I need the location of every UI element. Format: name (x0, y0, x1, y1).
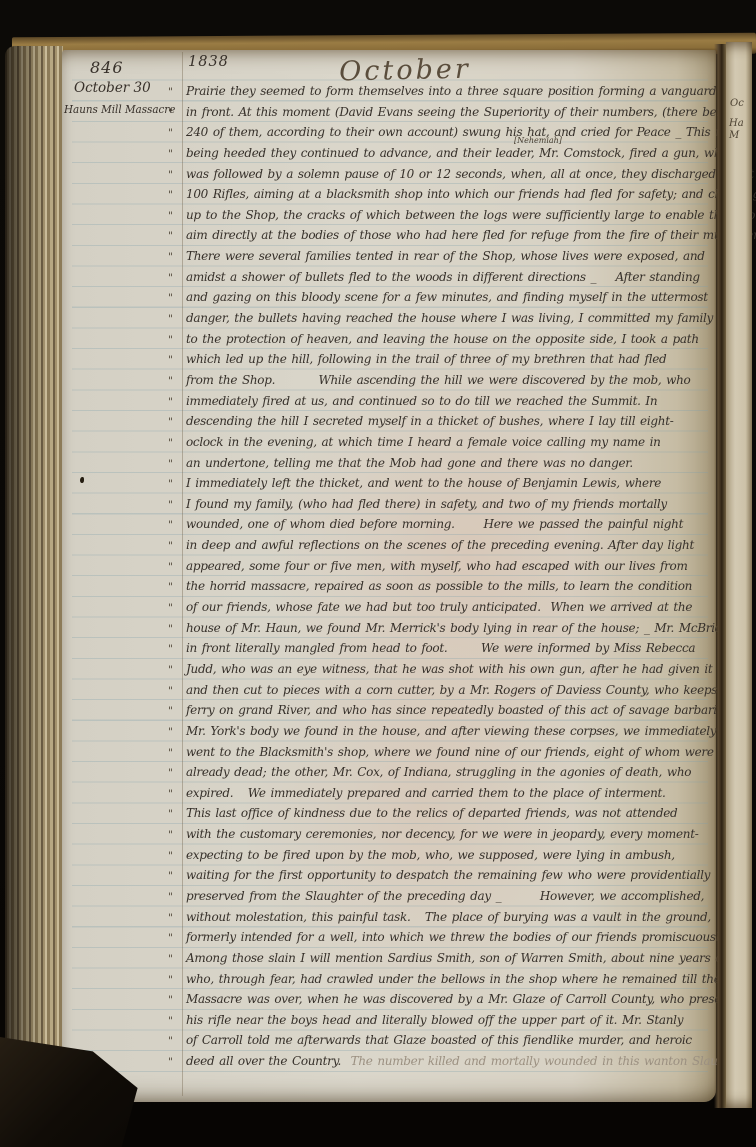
manuscript-line: "There were several families tented in r… (62, 246, 716, 267)
line-text: oclock in the evening, at which time I h… (186, 432, 661, 453)
manuscript-line: "to the protection of heaven, and leavin… (62, 329, 716, 350)
manuscript-line: "ferry on grand River, and who has since… (62, 700, 716, 721)
ditto-mark: " (168, 784, 173, 805)
manuscript-line: "Mr. York's body we found in the house, … (62, 721, 716, 742)
manuscript-line: "Judd, who was an eye witness, that he w… (62, 659, 716, 680)
line-text: danger, the bullets having reached the h… (186, 308, 713, 329)
facing-page-partial-text: M (729, 130, 739, 141)
line-text: expecting to be fired upon by the mob, w… (186, 845, 675, 866)
manuscript-line: "I found my family, (who had fled there)… (62, 494, 716, 515)
line-text: in front literally mangled from head to … (186, 638, 695, 659)
ditto-mark: " (168, 949, 173, 970)
manuscript-line: "expired. We immediately prepared and ca… (62, 783, 716, 804)
manuscript-line: "house of Mr. Haun, we found Mr. Merrick… (62, 618, 716, 639)
line-text: 240 of them, according to their own acco… (186, 122, 734, 143)
line-text: being heeded they continued to advance, … (186, 143, 739, 164)
manuscript-line: "an undertone, telling me that the Mob h… (62, 453, 716, 474)
line-text: from the Shop. While ascending the hill … (186, 370, 690, 391)
manuscript-line: "danger, the bullets having reached the … (62, 308, 716, 329)
manuscript-line: "This last office of kindness due to the… (62, 803, 716, 824)
manuscript-line: "waiting for the first opportunity to de… (62, 865, 716, 886)
manuscript-line: "being heeded they continued to advance,… (62, 143, 716, 164)
line-text: up to the Shop, the cracks of which betw… (186, 205, 755, 226)
line-text: Among those slain I will mention Sardius… (186, 948, 737, 969)
ditto-mark: " (168, 846, 173, 867)
line-text: immediately fired at us, and continued s… (186, 391, 657, 412)
ditto-mark: " (168, 536, 173, 557)
manuscript-line: "his rifle near the boys head and litera… (62, 1010, 716, 1031)
line-text: amidst a shower of bullets fled to the w… (186, 267, 700, 288)
facing-page-partial-text: Ha (729, 118, 744, 129)
line-text: in front. At this moment (David Evans se… (186, 102, 735, 123)
manuscript-photo: 846 1838 October October 30 Hauns Mill M… (0, 0, 756, 1147)
ditto-mark: " (168, 990, 173, 1011)
ditto-mark: " (168, 1052, 173, 1073)
ditto-mark: " (168, 144, 173, 165)
line-text: preserved from the Slaughter of the prec… (186, 886, 704, 907)
ditto-mark: " (168, 557, 173, 578)
manuscript-line: "immediately fired at us, and continued … (62, 391, 716, 412)
line-text: was followed by a solemn pause of 10 or … (186, 164, 754, 185)
facing-page-sliver: Oc Ha M (726, 42, 752, 1108)
ditto-mark: " (168, 206, 173, 227)
ditto-mark: " (168, 743, 173, 764)
manuscript-line: "preserved from the Slaughter of the pre… (62, 886, 716, 907)
manuscript-line: "with the customary ceremonies, nor dece… (62, 824, 716, 845)
manuscript-line: "without molestation, this painful task.… (62, 907, 716, 928)
manuscript-line: "amidst a shower of bullets fled to the … (62, 267, 716, 288)
faint-pencil-text: The number killed and mortally wounded i… (351, 1054, 750, 1068)
ditto-mark: " (168, 309, 173, 330)
line-text: house of Mr. Haun, we found Mr. Merrick'… (186, 618, 738, 639)
line-text: and then cut to pieces with a corn cutte… (186, 680, 729, 701)
ditto-mark: " (168, 970, 173, 991)
manuscript-line: "Among those slain I will mention Sardiu… (62, 948, 716, 969)
line-text: of our friends, whose fate we had but to… (186, 597, 692, 618)
line-text: Judd, who was an eye witness, that he wa… (186, 659, 736, 680)
manuscript-page: 846 1838 October October 30 Hauns Mill M… (62, 50, 716, 1102)
ditto-mark: " (168, 247, 173, 268)
ditto-mark: " (168, 268, 173, 289)
manuscript-line: "I immediately left the thicket, and wen… (62, 473, 716, 494)
line-text: of Carroll told me afterwards that Glaze… (186, 1030, 692, 1051)
interlinear-note: [Nehemiah] (514, 137, 562, 145)
manuscript-line: "in front. At this moment (David Evans s… (62, 102, 716, 123)
manuscript-line: "100 Rifles, aiming at a blacksmith shop… (62, 184, 716, 205)
manuscript-line: "formerly intended for a well, into whic… (62, 927, 716, 948)
ditto-mark: " (168, 619, 173, 640)
manuscript-line: "up to the Shop, the cracks of which bet… (62, 205, 716, 226)
line-text: descending the hill I secreted myself in… (186, 411, 673, 432)
year-heading: 1838 (188, 54, 229, 70)
ditto-mark: " (168, 226, 173, 247)
manuscript-text-block: "Prairie they seemed to form themselves … (62, 81, 716, 1072)
ditto-mark: " (168, 598, 173, 619)
line-text: an undertone, telling me that the Mob ha… (186, 453, 633, 474)
manuscript-line: "already dead; the other, Mr. Cox, of In… (62, 762, 716, 783)
manuscript-line: "Prairie they seemed to form themselves … (62, 81, 716, 102)
line-text: who, through fear, had crawled under the… (186, 969, 721, 990)
manuscript-line: "descending the hill I secreted myself i… (62, 411, 716, 432)
line-text: deed all over the Country. The number ki… (186, 1051, 749, 1072)
line-text: I immediately left the thicket, and went… (186, 473, 661, 494)
ditto-mark: " (168, 1031, 173, 1052)
ditto-mark: " (168, 371, 173, 392)
ditto-mark: " (168, 103, 173, 124)
manuscript-line: "in front literally mangled from head to… (62, 638, 716, 659)
ditto-mark: " (168, 866, 173, 887)
line-text: Mr. York's body we found in the house, a… (186, 721, 716, 742)
facing-page-partial-text: Oc (730, 98, 744, 109)
line-text: formerly intended for a well, into which… (186, 927, 728, 948)
line-text: Massacre was over, when he was discovere… (186, 989, 747, 1010)
manuscript-line: "from the Shop. While ascending the hill… (62, 370, 716, 391)
ditto-mark: " (168, 350, 173, 371)
ditto-mark: " (168, 392, 173, 413)
manuscript-line: "and gazing on this bloody scene for a f… (62, 287, 716, 308)
ditto-mark: " (168, 123, 173, 144)
line-text: ferry on grand River, and who has since … (186, 700, 730, 721)
ditto-mark: " (168, 495, 173, 516)
line-text: There were several families tented in re… (186, 246, 705, 267)
ditto-mark: " (168, 722, 173, 743)
manuscript-line: "Massacre was over, when he was discover… (62, 989, 716, 1010)
line-text: and gazing on this bloody scene for a fe… (186, 287, 708, 308)
ditto-mark: " (168, 515, 173, 536)
manuscript-line: "the horrid massacre, repaired as soon a… (62, 576, 716, 597)
line-text: with the customary ceremonies, nor decen… (186, 824, 698, 845)
ditto-mark: " (168, 474, 173, 495)
ditto-mark: " (168, 928, 173, 949)
ditto-mark: " (168, 288, 173, 309)
line-text: went to the Blacksmith's shop, where we … (186, 742, 714, 763)
line-text: I found my family, (who had fled there) … (186, 494, 667, 515)
line-text: already dead; the other, Mr. Cox, of Ind… (186, 762, 691, 783)
line-text: This last office of kindness due to the … (186, 803, 677, 824)
manuscript-line: "which led up the hill, following in the… (62, 349, 716, 370)
manuscript-line: "expecting to be fired upon by the mob, … (62, 845, 716, 866)
stacked-page-edges (5, 46, 63, 1108)
manuscript-line: "240 of them, according to their own acc… (62, 122, 716, 143)
ditto-mark: " (168, 804, 173, 825)
line-text: expired. We immediately prepared and car… (186, 783, 666, 804)
line-text: wounded, one of whom died before morning… (186, 514, 683, 535)
ditto-mark: " (168, 165, 173, 186)
ditto-mark: " (168, 433, 173, 454)
manuscript-line: "of our friends, whose fate we had but t… (62, 597, 716, 618)
manuscript-line: "was followed by a solemn pause of 10 or… (62, 164, 716, 185)
manuscript-line: "deed all over the Country. The number k… (62, 1051, 716, 1072)
line-text: to the protection of heaven, and leaving… (186, 329, 699, 350)
ditto-mark: " (168, 825, 173, 846)
ditto-mark: " (168, 908, 173, 929)
manuscript-line: "of Carroll told me afterwards that Glaz… (62, 1030, 716, 1051)
line-text: without molestation, this painful task. … (186, 907, 711, 928)
manuscript-line: "and then cut to pieces with a corn cutt… (62, 680, 716, 701)
manuscript-line: "went to the Blacksmith's shop, where we… (62, 742, 716, 763)
manuscript-line: "oclock in the evening, at which time I … (62, 432, 716, 453)
line-text: which led up the hill, following in the … (186, 349, 666, 370)
ditto-mark: " (168, 639, 173, 660)
book-gutter (714, 44, 726, 1108)
ditto-mark: " (168, 330, 173, 351)
ditto-mark: " (168, 412, 173, 433)
ditto-mark: " (168, 82, 173, 103)
ditto-mark: " (168, 1011, 173, 1032)
manuscript-line: "wounded, one of whom died before mornin… (62, 514, 716, 535)
line-text: the horrid massacre, repaired as soon as… (186, 576, 692, 597)
manuscript-line: "in deep and awful reflections on the sc… (62, 535, 716, 556)
line-text: in deep and awful reflections on the sce… (186, 535, 694, 556)
line-text: 100 Rifles, aiming at a blacksmith shop … (186, 184, 756, 205)
line-text: Prairie they seemed to form themselves i… (186, 81, 716, 102)
line-text: his rifle near the boys head and literal… (186, 1010, 683, 1031)
ditto-mark: " (168, 660, 173, 681)
line-text: aim directly at the bodies of those who … (186, 225, 756, 246)
line-text: waiting for the first opportunity to des… (186, 865, 710, 886)
manuscript-line: "appeared, some four or five men, with m… (62, 556, 716, 577)
ditto-mark: " (168, 577, 173, 598)
ditto-mark: " (168, 701, 173, 722)
line-text: appeared, some four or five men, with my… (186, 556, 688, 577)
folio-number: 846 (90, 58, 124, 77)
ditto-mark: " (168, 681, 173, 702)
manuscript-line: "aim directly at the bodies of those who… (62, 225, 716, 246)
ditto-mark: " (168, 454, 173, 475)
ditto-mark: " (168, 887, 173, 908)
manuscript-line: "who, through fear, had crawled under th… (62, 969, 716, 990)
ditto-mark: " (168, 763, 173, 784)
ditto-mark: " (168, 185, 173, 206)
